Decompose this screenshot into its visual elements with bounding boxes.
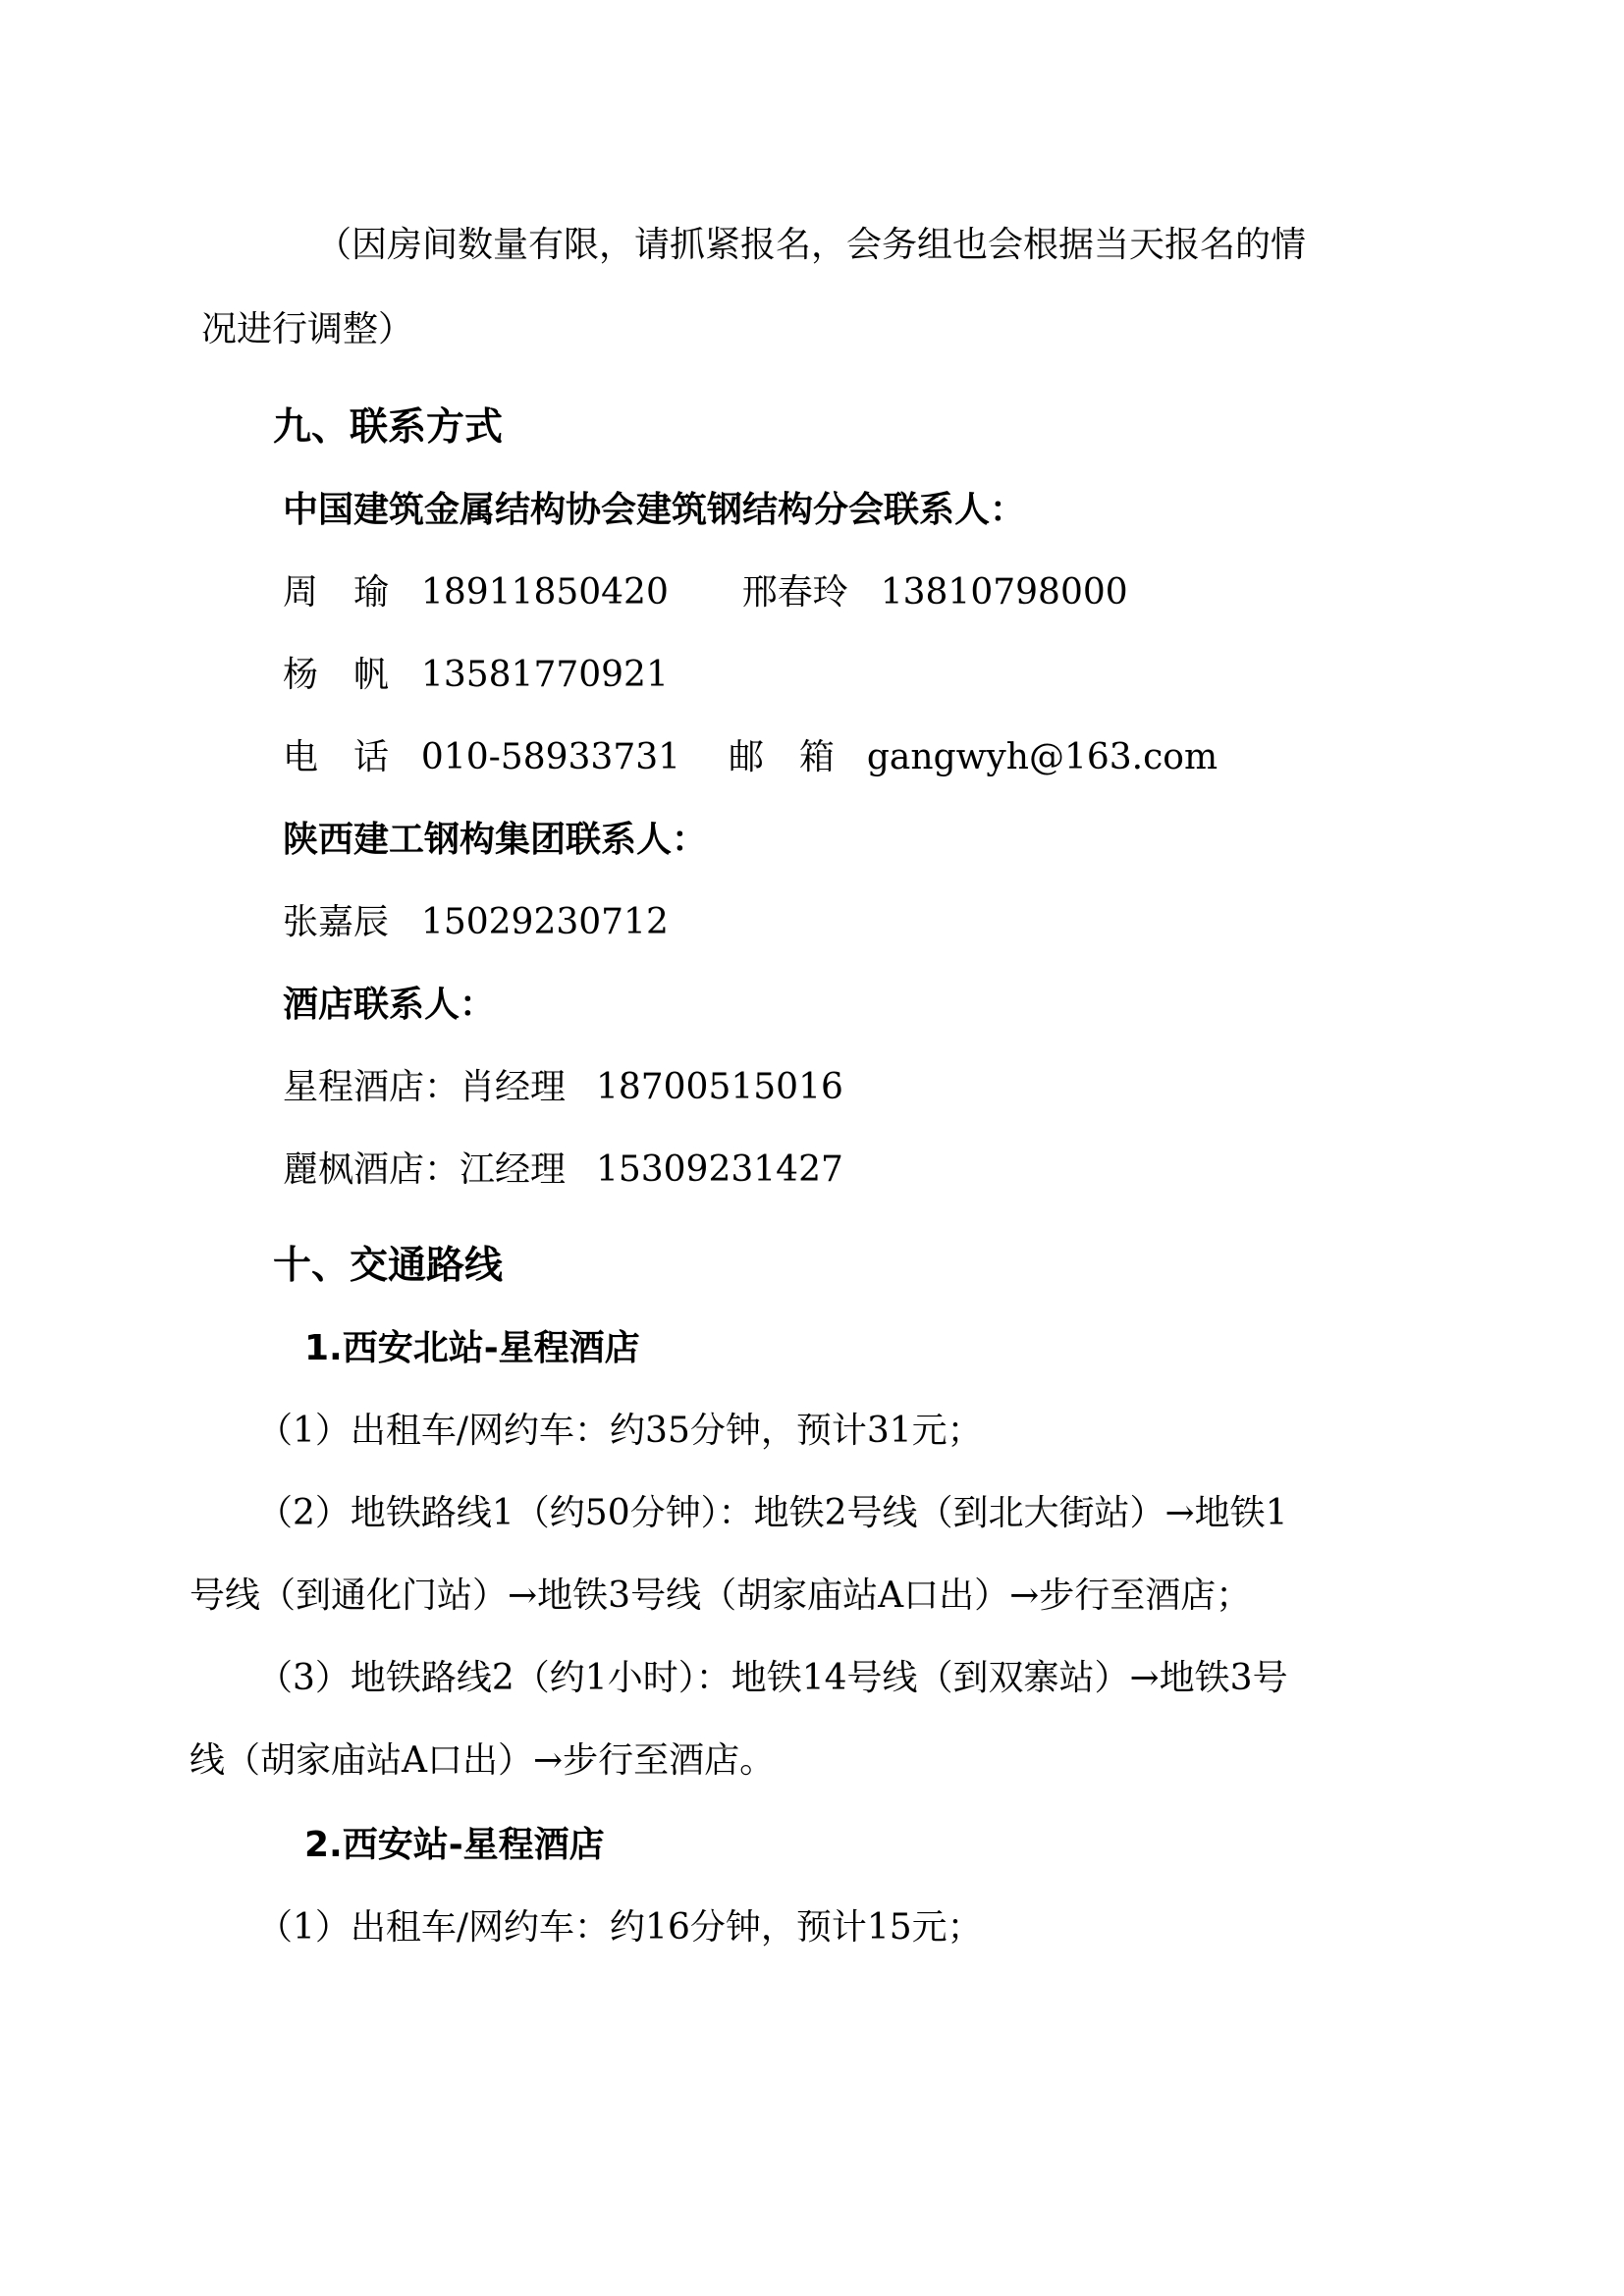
contact-name: 江经理 <box>460 1149 566 1190</box>
route-1-line-3: 号线（到通化门站）→地铁3号线（胡家庙站A口出）→步行至酒店； <box>189 1578 1251 1614</box>
contact-phone: 18700515016 <box>596 1067 843 1107</box>
room-note-line-1: （因房间数量有限，请抓紧报名，会务组也会根据当天报名的情 <box>316 228 1306 263</box>
contact-name: 张嘉辰 <box>283 902 389 942</box>
route-1-line-1: （1）出租车/网约车：约35分钟，预计31元； <box>257 1414 983 1449</box>
section-10-heading: 十、交通路线 <box>273 1247 503 1285</box>
association-contact-row-1: 周 瑜 18911850420 邢春玲 13810798000 <box>283 575 1128 611</box>
tel-value: 010-58933731 <box>421 737 680 777</box>
route-1-title: 1.西安北站-星程酒店 <box>304 1331 640 1366</box>
hotel-contact-row-2: 麗枫酒店：江经理 15309231427 <box>283 1152 843 1188</box>
contact-name: 邢春玲 <box>742 572 848 613</box>
room-note-line-2: 况进行调整） <box>201 312 413 347</box>
route-1-line-5: 线（胡家庙站A口出）→步行至酒店。 <box>189 1743 775 1779</box>
hotel-name: 麗枫酒店： <box>283 1149 460 1190</box>
contact-phone: 15029230712 <box>421 902 669 942</box>
contact-name: 周 瑜 <box>283 572 389 613</box>
contact-phone: 13810798000 <box>881 572 1128 613</box>
hotel-name: 星程酒店： <box>283 1067 460 1107</box>
email-label: 邮 箱 <box>729 737 835 777</box>
route-1-line-4: （3）地铁路线2（约1小时）：地铁14号线（到双寨站）→地铁3号 <box>257 1661 1288 1696</box>
route-1-line-2: （2）地铁路线1（约50分钟）：地铁2号线（到北大街站）→地铁1 <box>257 1496 1288 1531</box>
contact-phone: 18911850420 <box>421 572 669 613</box>
contact-phone: 13581770921 <box>421 655 669 695</box>
association-tel-email-row: 电 话 010-58933731 邮 箱 gangwyh@163.com <box>283 740 1218 775</box>
route-2-title: 2.西安站-星程酒店 <box>304 1828 605 1863</box>
contact-name: 杨 帆 <box>283 655 389 695</box>
section-9-heading: 九、联系方式 <box>273 408 503 447</box>
email-link[interactable]: gangwyh@163.com <box>867 737 1218 777</box>
hotel-contact-row-1: 星程酒店：肖经理 18700515016 <box>283 1070 843 1105</box>
tel-label: 电 话 <box>283 737 389 777</box>
route-2-line-1: （1）出租车/网约车：约16分钟，预计15元； <box>257 1910 983 1946</box>
shaanxi-contact-title: 陕西建工钢构集团联系人： <box>283 823 707 858</box>
shaanxi-contact-row: 张嘉辰 15029230712 <box>283 905 669 940</box>
hotel-contact-title: 酒店联系人： <box>283 988 495 1023</box>
contact-name: 肖经理 <box>460 1067 566 1107</box>
association-contact-row-2: 杨 帆 13581770921 <box>283 658 669 693</box>
contact-phone: 15309231427 <box>596 1149 843 1190</box>
association-contact-title: 中国建筑金属结构协会建筑钢结构分会联系人： <box>283 493 1025 528</box>
